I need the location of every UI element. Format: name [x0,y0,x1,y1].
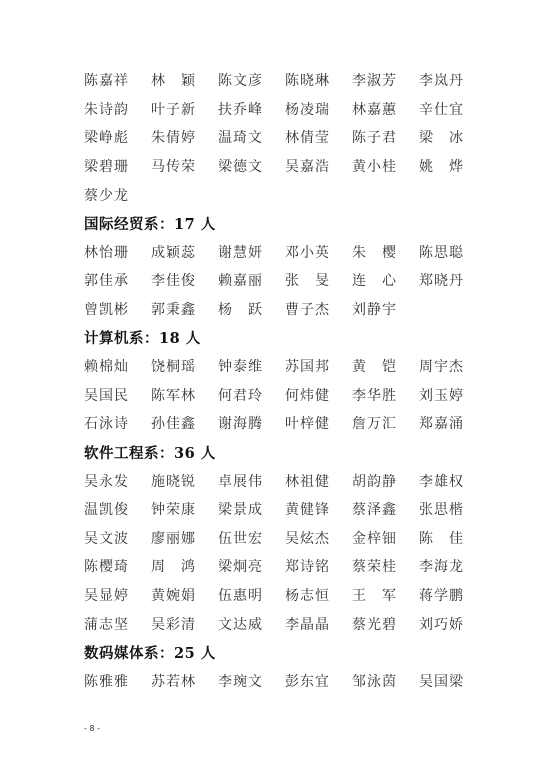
student-name: 邹泳茵 [352,671,419,691]
student-name: 文达威 [218,614,285,634]
student-name: 蔡荣桂 [352,556,419,576]
student-name: 张思楷 [419,499,486,519]
student-name: 黄婉娟 [151,585,218,605]
student-name: 辛仕宜 [419,99,486,119]
student-name: 张 旻 [285,270,352,290]
student-name: 朱 樱 [352,242,419,262]
name-row: 赖棉灿饶桐瑶钟泰维苏国邦黄 铠周宇杰 [84,352,484,381]
student-name: 叶子新 [151,99,218,119]
student-name: 林嘉蕙 [352,99,419,119]
student-name: 吴文波 [84,528,151,548]
student-name: 钟泰维 [218,356,285,376]
name-row: 蒲志坚吴彩清文达威李晶晶蔡光碧刘巧娇 [84,609,484,638]
student-name: 吴永发 [84,471,151,491]
student-name: 赖嘉丽 [218,270,285,290]
student-name: 林 颖 [151,70,218,90]
student-name: 黄小桂 [352,156,419,176]
student-name: 李岚丹 [419,70,486,90]
document-page: 陈嘉祥林 颖陈文彦陈晓琳李淑芳李岚丹朱诗韵叶子新扶乔峰杨凌瑞林嘉蕙辛仕宜梁峥彪朱… [84,66,484,695]
name-row: 石泳诗孙佳鑫谢海腾叶梓健詹万汇郑嘉涌 [84,409,484,438]
student-name: 杨 跃 [218,299,285,319]
student-name: 李佳俊 [151,270,218,290]
student-name: 陈樱琦 [84,556,151,576]
student-name: 陈文彦 [218,70,285,90]
student-name: 梁景成 [218,499,285,519]
department-section: 国际经贸系：17 人林怡珊成颖蕊谢慧妍邓小英朱 樱陈思聪郭佳承李佳俊赖嘉丽张 旻… [84,209,484,323]
name-row: 梁峥彪朱倩婷温琦文林倩莹陈子君梁 冰 [84,123,484,152]
student-name: 梁德文 [218,156,285,176]
student-name: 陈雅雅 [84,671,151,691]
student-name: 曾凯彬 [84,299,151,319]
student-name: 朱诗韵 [84,99,151,119]
student-name: 郑诗铭 [285,556,352,576]
student-name: 陈军林 [151,385,218,405]
student-name: 林祖健 [285,471,352,491]
student-name: 梁碧珊 [84,156,151,176]
student-name: 郭秉鑫 [151,299,218,319]
student-name: 钟荣康 [151,499,218,519]
student-name: 蔡少龙 [84,185,151,205]
student-name: 吴炫杰 [285,528,352,548]
name-row: 陈嘉祥林 颖陈文彦陈晓琳李淑芳李岚丹 [84,66,484,95]
student-name: 郑嘉涌 [419,413,486,433]
name-row: 吴显婷黄婉娟伍惠明杨志恒王 军蒋学鹏 [84,581,484,610]
student-name: 彭东宜 [285,671,352,691]
student-name: 邓小英 [285,242,352,262]
student-name: 何炜健 [285,385,352,405]
name-row: 蔡少龙 [84,180,484,209]
student-name: 郭佳承 [84,270,151,290]
student-name: 卓展伟 [218,471,285,491]
student-name: 刘静宇 [352,299,419,319]
student-name: 李海龙 [419,556,486,576]
student-name: 吴国梁 [419,671,486,691]
department-section: 计算机系：18 人赖棉灿饶桐瑶钟泰维苏国邦黄 铠周宇杰吴国民陈军林何君玲何炜健李… [84,323,484,437]
student-name: 李雄权 [419,471,486,491]
student-name: 刘巧娇 [419,614,486,634]
student-name: 蔡泽鑫 [352,499,419,519]
name-row: 吴国民陈军林何君玲何炜健李华胜刘玉婷 [84,381,484,410]
student-name: 吴显婷 [84,585,151,605]
student-name: 王 军 [352,585,419,605]
student-name: 姚 烨 [419,156,486,176]
student-name: 詹万汇 [352,413,419,433]
student-name: 胡韵静 [352,471,419,491]
name-row: 林怡珊成颖蕊谢慧妍邓小英朱 樱陈思聪 [84,238,484,267]
student-name: 蒋学鹏 [419,585,486,605]
student-name: 蔡光碧 [352,614,419,634]
student-name: 饶桐瑶 [151,356,218,376]
student-name: 何君玲 [218,385,285,405]
student-name: 吴国民 [84,385,151,405]
student-name: 蒲志坚 [84,614,151,634]
department-heading: 软件工程系：36 人 [84,438,484,467]
department-section: 陈嘉祥林 颖陈文彦陈晓琳李淑芳李岚丹朱诗韵叶子新扶乔峰杨凌瑞林嘉蕙辛仕宜梁峥彪朱… [84,66,484,209]
student-name: 成颖蕊 [151,242,218,262]
name-row: 梁碧珊马传荣梁德文吴嘉浩黄小桂姚 烨 [84,152,484,181]
student-name: 陈晓琳 [285,70,352,90]
student-name: 黄 铠 [352,356,419,376]
student-name: 吴嘉浩 [285,156,352,176]
student-name: 扶乔峰 [218,99,285,119]
student-name: 李琬文 [218,671,285,691]
student-name: 梁峥彪 [84,127,151,147]
student-name: 郑晓丹 [419,270,486,290]
department-heading: 数码媒体系：25 人 [84,638,484,667]
student-name: 陈子君 [352,127,419,147]
student-name: 赖棉灿 [84,356,151,376]
student-name: 梁 冰 [419,127,486,147]
student-name: 周宇杰 [419,356,486,376]
student-name: 陈思聪 [419,242,486,262]
department-heading: 计算机系：18 人 [84,323,484,352]
student-name: 朱倩婷 [151,127,218,147]
name-row: 温凯俊钟荣康梁景成黄健锋蔡泽鑫张思楷 [84,495,484,524]
student-name: 温凯俊 [84,499,151,519]
name-row: 曾凯彬郭秉鑫杨 跃曹子杰刘静宇 [84,295,484,324]
student-name: 黄健锋 [285,499,352,519]
student-name: 陈嘉祥 [84,70,151,90]
student-name: 马传荣 [151,156,218,176]
name-row: 郭佳承李佳俊赖嘉丽张 旻连 心郑晓丹 [84,266,484,295]
department-heading: 国际经贸系：17 人 [84,209,484,238]
student-name: 金梓钿 [352,528,419,548]
student-name: 陈 佳 [419,528,486,548]
student-name: 刘玉婷 [419,385,486,405]
student-name: 周 鸿 [151,556,218,576]
student-name: 连 心 [352,270,419,290]
student-name: 杨凌瑞 [285,99,352,119]
student-name: 温琦文 [218,127,285,147]
department-section: 数码媒体系：25 人陈雅雅苏若林李琬文彭东宜邹泳茵吴国梁 [84,638,484,695]
student-name: 梁炯亮 [218,556,285,576]
student-name: 李晶晶 [285,614,352,634]
student-name: 林倩莹 [285,127,352,147]
student-name: 孙佳鑫 [151,413,218,433]
student-name: 林怡珊 [84,242,151,262]
student-name: 曹子杰 [285,299,352,319]
name-row: 陈雅雅苏若林李琬文彭东宜邹泳茵吴国梁 [84,666,484,695]
name-row: 陈樱琦周 鸿梁炯亮郑诗铭蔡荣桂李海龙 [84,552,484,581]
student-name: 谢慧妍 [218,242,285,262]
student-name: 吴彩清 [151,614,218,634]
student-name: 苏国邦 [285,356,352,376]
student-name: 石泳诗 [84,413,151,433]
student-name: 杨志恒 [285,585,352,605]
department-section: 软件工程系：36 人吴永发施晓锐卓展伟林祖健胡韵静李雄权温凯俊钟荣康梁景成黄健锋… [84,438,484,638]
student-name: 苏若林 [151,671,218,691]
student-name: 廖丽娜 [151,528,218,548]
student-name: 伍世宏 [218,528,285,548]
student-name: 伍惠明 [218,585,285,605]
student-name: 李淑芳 [352,70,419,90]
name-row: 吴永发施晓锐卓展伟林祖健胡韵静李雄权 [84,466,484,495]
page-number: - 8 - [84,724,100,733]
student-name: 李华胜 [352,385,419,405]
student-name: 谢海腾 [218,413,285,433]
student-name: 施晓锐 [151,471,218,491]
name-row: 吴文波廖丽娜伍世宏吴炫杰金梓钿陈 佳 [84,524,484,553]
name-row: 朱诗韵叶子新扶乔峰杨凌瑞林嘉蕙辛仕宜 [84,95,484,124]
student-name: 叶梓健 [285,413,352,433]
